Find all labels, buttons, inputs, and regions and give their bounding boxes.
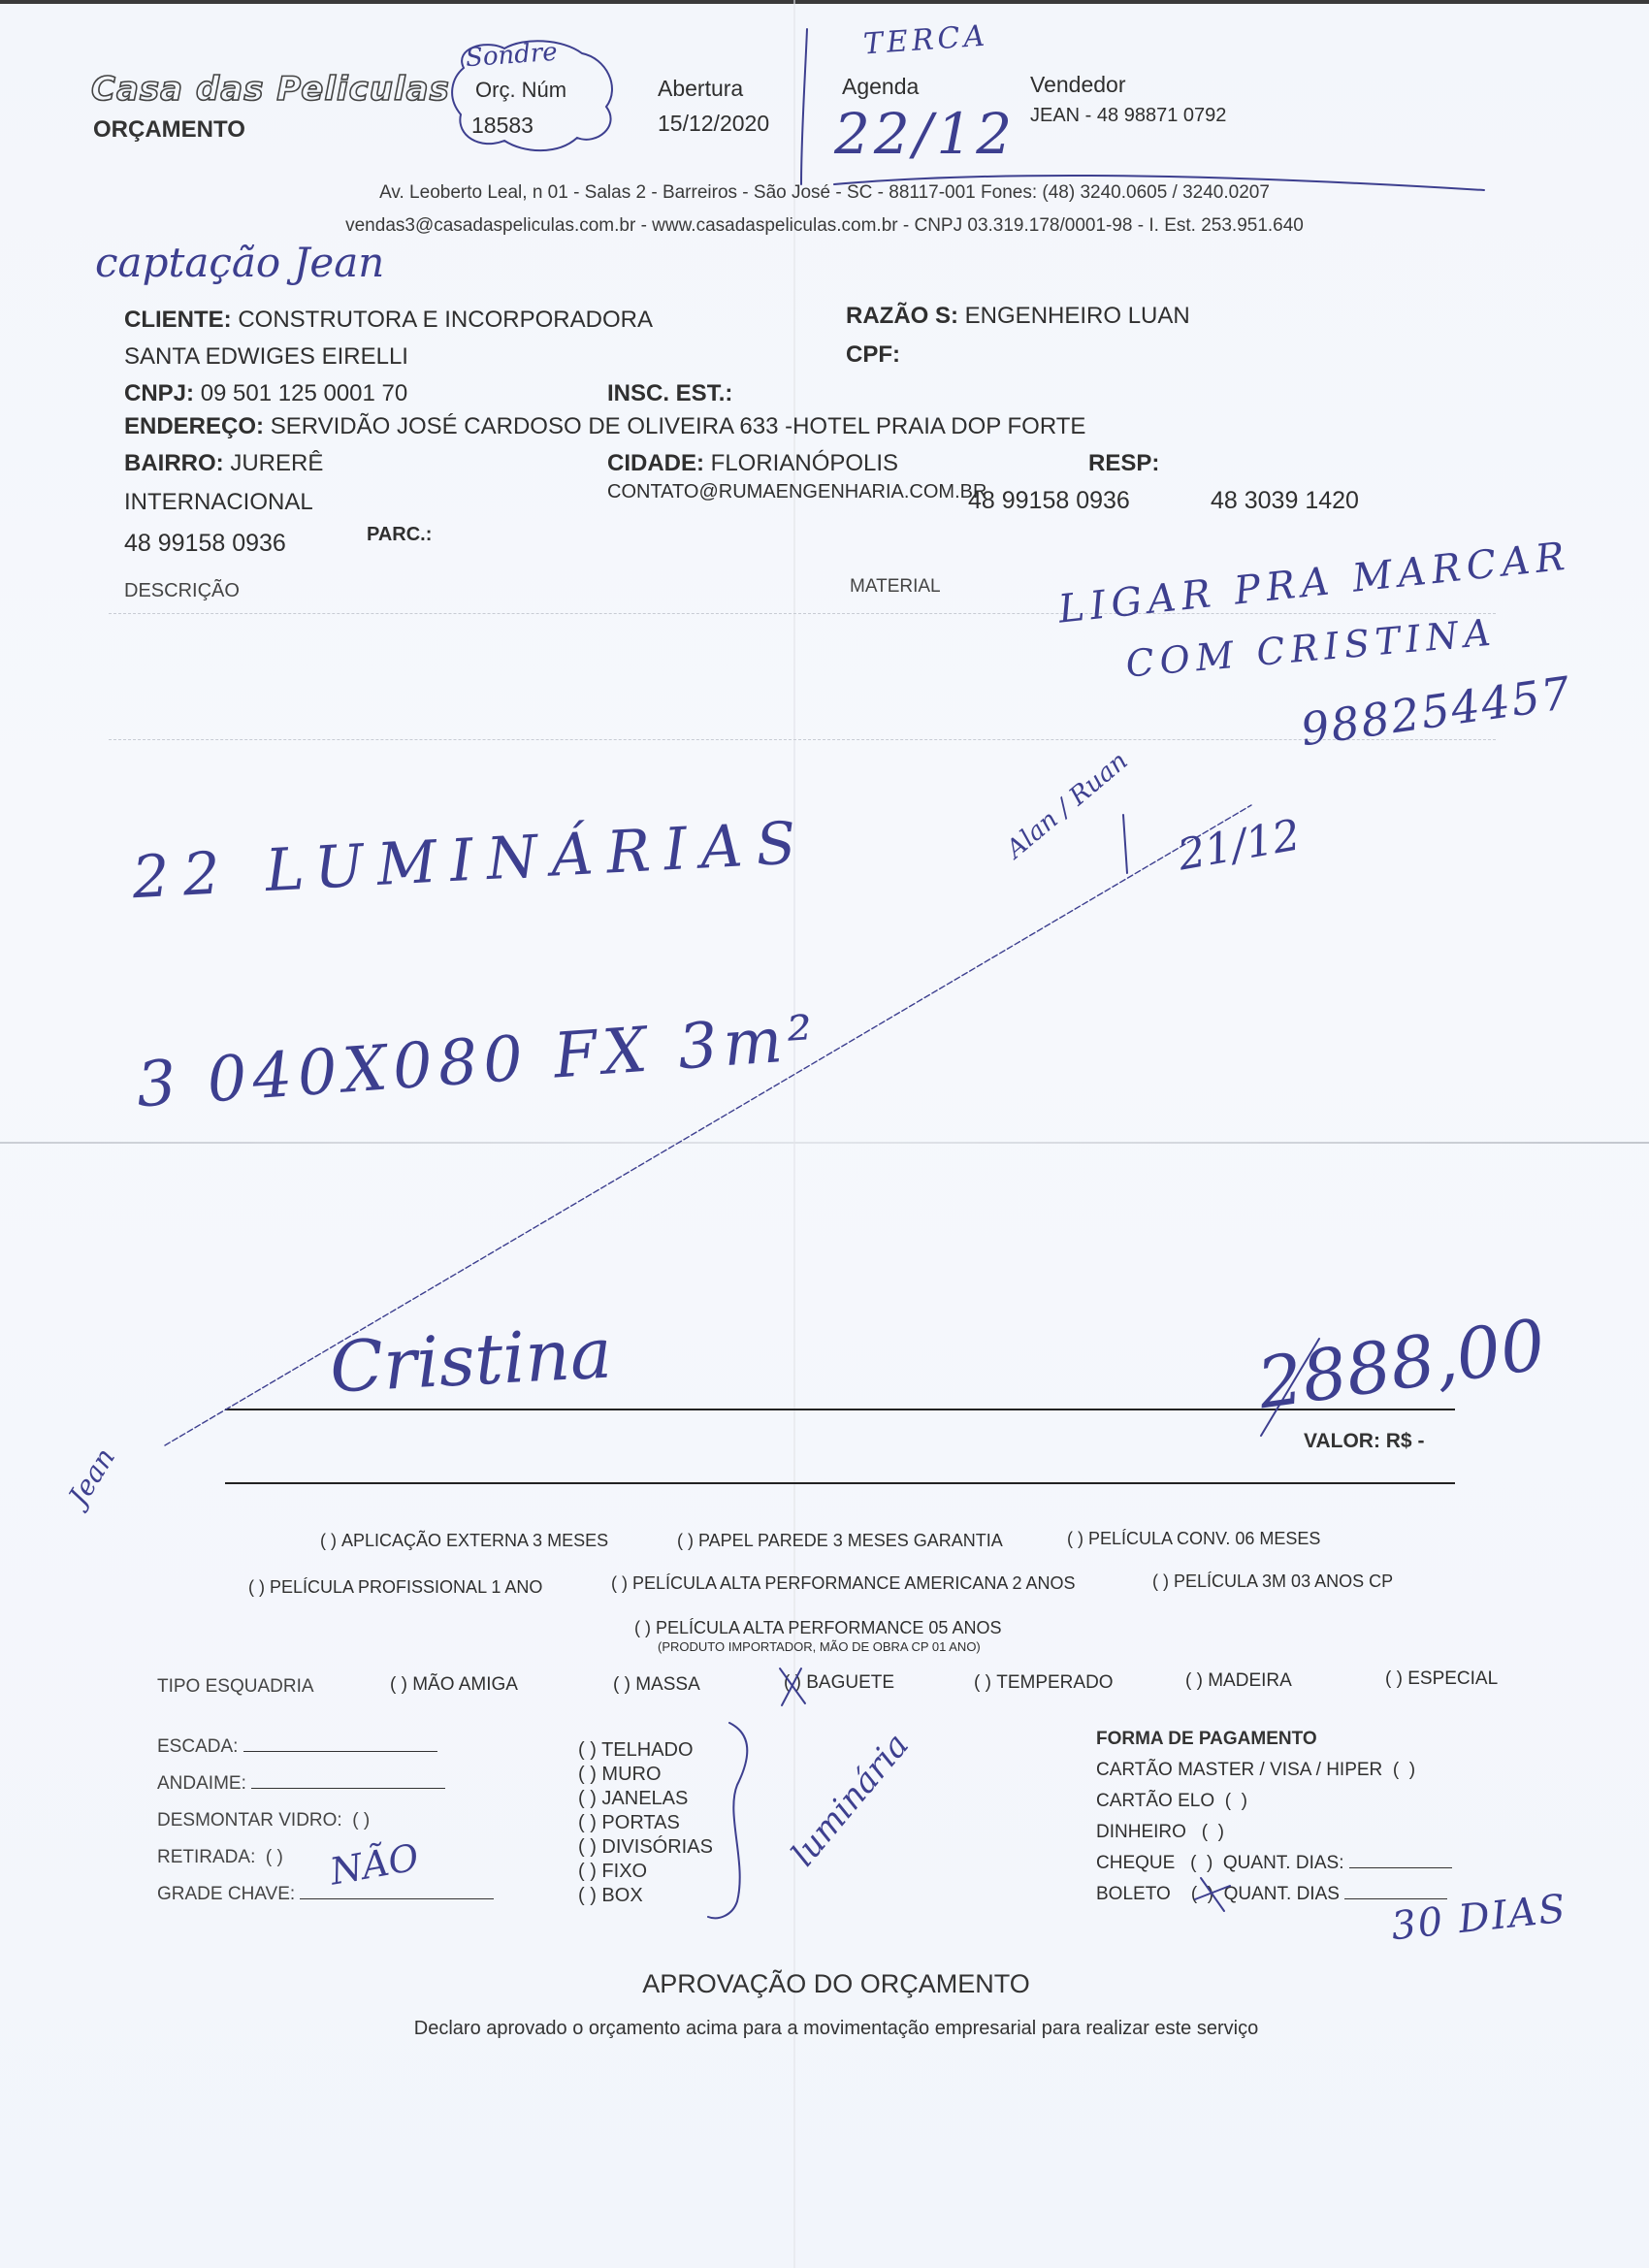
local-option[interactable]: ( ) PORTAS (578, 1811, 713, 1835)
handwritten-value: 2888,00 (1253, 1304, 1551, 1425)
handwritten-agenda-date: 22/12 (834, 101, 1016, 167)
payment-option-label: DINHEIRO (1096, 1822, 1186, 1842)
approval-text: Declaro aprovado o orçamento acima para … (414, 2018, 1258, 2040)
service-option[interactable]: ( ) PELÍCULA 3M 03 ANOS CP (1152, 1571, 1393, 1592)
esquadria-option-label: BAGUETE (806, 1672, 894, 1693)
description-rule (109, 739, 1496, 740)
scan-edge (0, 0, 1649, 4)
resp-label: RESP: (1088, 450, 1159, 477)
endereco-label: ENDEREÇO: (124, 413, 264, 439)
local-option[interactable]: ( ) FIXO (578, 1860, 713, 1884)
vendedor-label: Vendedor (1030, 72, 1125, 98)
service-option-label: PELÍCULA ALTA PERFORMANCE AMERICANA 2 AN… (632, 1573, 1075, 1593)
service-option-label: PELÍCULA CONV. 06 MESES (1088, 1529, 1320, 1548)
esquadria-option[interactable]: ( ) MÃO AMIGA (390, 1674, 518, 1696)
bairro-row: BAIRRO: JURERÊ (124, 450, 323, 477)
paper-fold (793, 0, 795, 2268)
service-option-label: PELÍCULA ALTA PERFORMANCE 05 ANOS (656, 1618, 1001, 1637)
handwritten-annotation-date: 21/12 (1175, 810, 1305, 880)
cliente-label: CLIENTE: (124, 307, 232, 333)
cnpj-value: 09 501 125 0001 70 (201, 380, 408, 406)
bairro-value-line2: INTERNACIONAL (124, 489, 313, 516)
retirada-field[interactable]: RETIRADA: ( ) (157, 1847, 283, 1868)
service-option[interactable]: ( ) PELÍCULA ALTA PERFORMANCE 05 ANOS (634, 1618, 1001, 1638)
handwritten-material-note: LIGAR PRA MARCAR (1056, 534, 1572, 632)
payment-title: FORMA DE PAGAMENTO (1096, 1729, 1317, 1750)
handwritten-agenda-day: TERCA (862, 19, 989, 62)
handwritten-captacao: captação Jean (95, 239, 384, 286)
abertura-value: 15/12/2020 (658, 111, 769, 137)
payment-option-label: CHEQUE (1096, 1853, 1175, 1873)
handwritten-initials: Jean (62, 1442, 121, 1511)
valor-label: VALOR: R$ - (1304, 1430, 1424, 1453)
payment-option-checked[interactable]: BOLETO ( ) QUANT. DIAS (1096, 1884, 1447, 1905)
service-option[interactable]: ( ) PAPEL PAREDE 3 MESES GARANTIA (677, 1531, 1003, 1551)
esquadria-option-label: TEMPERADO (996, 1672, 1113, 1693)
payment-option[interactable]: CARTÃO MASTER / VISA / HIPER ( ) (1096, 1760, 1415, 1781)
retirada-label: RETIRADA: (157, 1847, 255, 1867)
service-option-label: PELÍCULA 3M 03 ANOS CP (1174, 1571, 1393, 1591)
endereco-value: SERVIDÃO JOSÉ CARDOSO DE OLIVEIRA 633 -H… (271, 413, 1086, 439)
agenda-label: Agenda (842, 74, 919, 100)
handwritten-material-note: COM CRISTINA (1124, 610, 1498, 685)
esquadria-option-label: MÃO AMIGA (412, 1674, 518, 1695)
local-option[interactable]: ( ) MURO (578, 1763, 713, 1787)
payment-option-label: CARTÃO ELO (1096, 1791, 1214, 1811)
client-phone-1: 48 99158 0936 (968, 487, 1130, 515)
service-option[interactable]: ( ) APLICAÇÃO EXTERNA 3 MESES (320, 1531, 608, 1551)
client-phone-2: 48 3039 1420 (1211, 487, 1359, 515)
vendedor-value: JEAN - 48 98871 0792 (1030, 105, 1226, 127)
company-contact: vendas3@casadaspeliculas.com.br - www.ca… (345, 215, 1304, 237)
service-option-label: APLICAÇÃO EXTERNA 3 MESES (341, 1531, 608, 1550)
parc-label: PARC.: (367, 524, 432, 546)
esquadria-label: TIPO ESQUADRIA (157, 1676, 314, 1698)
material-label: MATERIAL (850, 576, 941, 598)
esquadria-option-label: MADEIRA (1208, 1670, 1292, 1691)
handwritten-bracket-note: luminária (784, 1726, 917, 1873)
cnpj-label: CNPJ: (124, 380, 194, 406)
abertura-label: Abertura (658, 76, 743, 102)
cidade-row: CIDADE: FLORIANÓPOLIS (607, 450, 898, 477)
esquadria-option[interactable]: ( ) ESPECIAL (1385, 1669, 1498, 1690)
esquadria-option-checked[interactable]: ( ) BAGUETE (784, 1672, 894, 1694)
cpf-label: CPF: (846, 341, 900, 369)
esquadria-option[interactable]: ( ) TEMPERADO (974, 1672, 1114, 1694)
payment-option-label: CARTÃO MASTER / VISA / HIPER (1096, 1760, 1382, 1780)
razao-value: ENGENHEIRO LUAN (965, 303, 1190, 329)
local-option[interactable]: ( ) DIVISÓRIAS (578, 1835, 713, 1860)
endereco-row: ENDEREÇO: SERVIDÃO JOSÉ CARDOSO DE OLIVE… (124, 413, 1085, 440)
escada-label: ESCADA: (157, 1736, 238, 1757)
brand-logo: Casa das Peliculas (91, 70, 450, 109)
service-option[interactable]: ( ) PELÍCULA PROFISSIONAL 1 ANO (248, 1577, 542, 1598)
bairro-label: BAIRRO: (124, 450, 224, 476)
esquadria-option-label: MASSA (635, 1674, 700, 1695)
descricao-label: DESCRIÇÃO (124, 580, 240, 602)
payment-days-label: QUANT. DIAS: (1223, 1853, 1344, 1873)
bracket-stroke (708, 1723, 747, 1918)
handwritten-item-2: 3 040X080 FX 3m² (134, 1003, 821, 1122)
service-option-label: PELÍCULA PROFISSIONAL 1 ANO (270, 1577, 542, 1597)
bairro-value: JURERÊ (230, 450, 323, 476)
paper-fold (0, 1142, 1649, 1144)
razao-label: RAZÃO S: (846, 303, 958, 329)
desmontar-label: DESMONTAR VIDRO: (157, 1810, 342, 1831)
local-option[interactable]: ( ) BOX (578, 1884, 713, 1908)
esquadria-option-label: ESPECIAL (1407, 1669, 1498, 1689)
payment-option[interactable]: CHEQUE ( ) QUANT. DIAS: (1096, 1853, 1452, 1874)
client-name-row: CLIENTE: CONSTRUTORA E INCORPORADORA (124, 307, 653, 334)
local-option[interactable]: ( ) TELHADO (578, 1738, 713, 1763)
handwritten-annotation-name: Alan / Ruan (1001, 747, 1134, 864)
locais-list: ( ) TELHADO( ) MURO( ) JANELAS( ) PORTAS… (578, 1738, 713, 1908)
razao-row: RAZÃO S: ENGENHEIRO LUAN (846, 303, 1190, 330)
escada-field[interactable]: ESCADA: (157, 1736, 437, 1758)
local-option[interactable]: ( ) JANELAS (578, 1787, 713, 1811)
handwritten-stamp-name: Sondre (465, 38, 559, 74)
insc-est-label: INSC. EST.: (607, 380, 732, 407)
orc-num-value: 18583 (471, 113, 533, 139)
payment-option[interactable]: CARTÃO ELO ( ) (1096, 1791, 1247, 1812)
client-phone-3: 48 99158 0936 (124, 530, 286, 558)
desmontar-field[interactable]: DESMONTAR VIDRO: ( ) (157, 1810, 370, 1831)
service-option-label: PAPEL PAREDE 3 MESES GARANTIA (698, 1531, 1003, 1550)
agenda-divider (801, 29, 807, 184)
payment-days-label: QUANT. DIAS (1224, 1884, 1340, 1904)
orc-num-label: Orç. Núm (475, 78, 566, 103)
handwritten-item-1: 22 LUMINÁRIAS (131, 809, 812, 912)
cidade-value: FLORIANÓPOLIS (711, 450, 898, 476)
description-rule (109, 613, 1496, 614)
company-address: Av. Leoberto Leal, n 01 - Salas 2 - Barr… (379, 182, 1270, 204)
service-option[interactable]: ( ) PELÍCULA ALTA PERFORMANCE AMERICANA … (611, 1573, 1075, 1594)
service-note: (PRODUTO IMPORTADOR, MÃO DE OBRA CP 01 A… (658, 1639, 981, 1654)
value-line (225, 1482, 1455, 1484)
cliente-value-line2: SANTA EDWIGES EIRELLI (124, 343, 408, 371)
payment-option[interactable]: DINHEIRO ( ) (1096, 1822, 1224, 1843)
handwritten-signature: Cristina (328, 1312, 614, 1408)
cnpj-row: CNPJ: 09 501 125 0001 70 (124, 380, 407, 407)
andaime-label: ANDAIME: (157, 1773, 246, 1794)
document-type: ORÇAMENTO (93, 116, 245, 144)
esquadria-option[interactable]: ( ) MASSA (613, 1674, 700, 1696)
annotation-divider (1123, 815, 1127, 873)
grade-field[interactable]: GRADE CHAVE: (157, 1884, 494, 1905)
quote-document: Casa das Peliculas ORÇAMENTO Orç. Núm 18… (0, 0, 1649, 2268)
payment-option-label: BOLETO (1096, 1884, 1171, 1904)
service-option[interactable]: ( ) PELÍCULA CONV. 06 MESES (1067, 1529, 1320, 1549)
client-email: CONTATO@RUMAENGENHARIA.COM.BR (607, 481, 986, 503)
grade-label: GRADE CHAVE: (157, 1884, 295, 1904)
cidade-label: CIDADE: (607, 450, 704, 476)
handwritten-phone: 988254457 (1298, 666, 1575, 757)
cliente-value: CONSTRUTORA E INCORPORADORA (238, 307, 653, 333)
andaime-field[interactable]: ANDAIME: (157, 1773, 445, 1795)
esquadria-option[interactable]: ( ) MADEIRA (1185, 1670, 1292, 1692)
approval-title: APROVAÇÃO DO ORÇAMENTO (642, 1969, 1030, 1999)
